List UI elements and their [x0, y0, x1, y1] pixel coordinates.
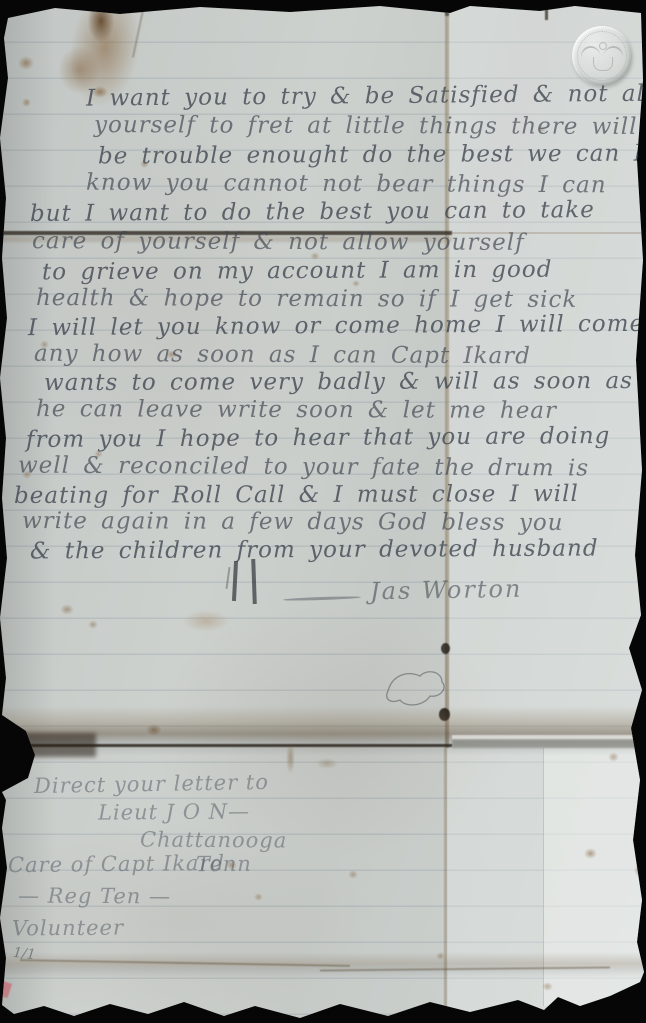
seal-eagle-head: [599, 42, 607, 50]
stain: [584, 848, 597, 859]
stain: [608, 752, 619, 762]
fold-wear-hole: [441, 643, 450, 654]
letter-line: yourself to fret at little things there …: [94, 111, 638, 142]
letter-line: to grieve on my account I am in good: [42, 256, 553, 288]
letter-line: wants to come very badly & will as soon …: [44, 367, 633, 398]
stain: [286, 742, 295, 774]
vertical-fold-crease-lower: [444, 748, 447, 1023]
stain: [348, 870, 358, 879]
embossed-seal-icon: [572, 26, 632, 86]
stain: [88, 0, 114, 42]
stain: [146, 724, 162, 736]
address-line: Care of Capt Ikard: [8, 851, 225, 877]
letter-line: well & reconciled to your fate the drum …: [18, 452, 589, 484]
letter-line: I will let you know or come home I will …: [28, 310, 644, 343]
scanned-letter-page: I want you to try & be Satisfied & not a…: [0, 0, 646, 1023]
letter-line: care of yourself & not allow yourself: [32, 227, 525, 258]
stain: [634, 864, 645, 877]
seal-shield: [593, 57, 613, 71]
horizontal-fold-band-middle: [0, 706, 646, 756]
letter-line: & the children from your devoted husband: [30, 535, 599, 567]
stain: [22, 98, 31, 107]
stain: [305, 0, 349, 7]
letter-line: be trouble enought do the best we can I: [98, 140, 644, 172]
letter-line: from you I hope to hear that you are doi…: [26, 422, 611, 455]
stain: [436, 952, 445, 960]
address-line: Lieut J O N—: [98, 799, 250, 824]
stain: [316, 758, 338, 769]
letter-line: any how as soon as I can Capt Ikard: [34, 340, 531, 372]
address-line: Chattanooga: [140, 827, 287, 852]
address-line: Direct your letter to: [34, 770, 269, 798]
stain: [542, 982, 553, 991]
fold-highlight: [452, 735, 646, 739]
page-count-mark: 1/1: [12, 945, 36, 963]
stain: [254, 893, 263, 901]
stain: [88, 620, 98, 629]
signature: Jas Worton: [370, 575, 523, 606]
stain: [60, 604, 74, 615]
stain: [182, 610, 230, 632]
address-line: Volunteer: [12, 916, 124, 941]
letter-line: but I want to do the best you can to tak…: [30, 196, 595, 229]
letter-line: he can leave write soon & let me hear: [36, 395, 557, 426]
stain: [18, 56, 34, 70]
letter-paper-sheet: I want you to try & be Satisfied & not a…: [0, 0, 646, 1023]
pencil-doodle-outline: [378, 666, 446, 708]
address-line: Tenn: [196, 852, 252, 877]
letter-line: I want you to try & be Satisfied & not a…: [86, 79, 646, 113]
crease-tear-mark: [545, 0, 548, 20]
fold-dark-wear: [0, 733, 96, 757]
fold-shadow: [452, 740, 646, 748]
address-line: — Reg Ten —: [18, 884, 171, 909]
letter-line: write again in a few days God bless you: [22, 507, 564, 538]
